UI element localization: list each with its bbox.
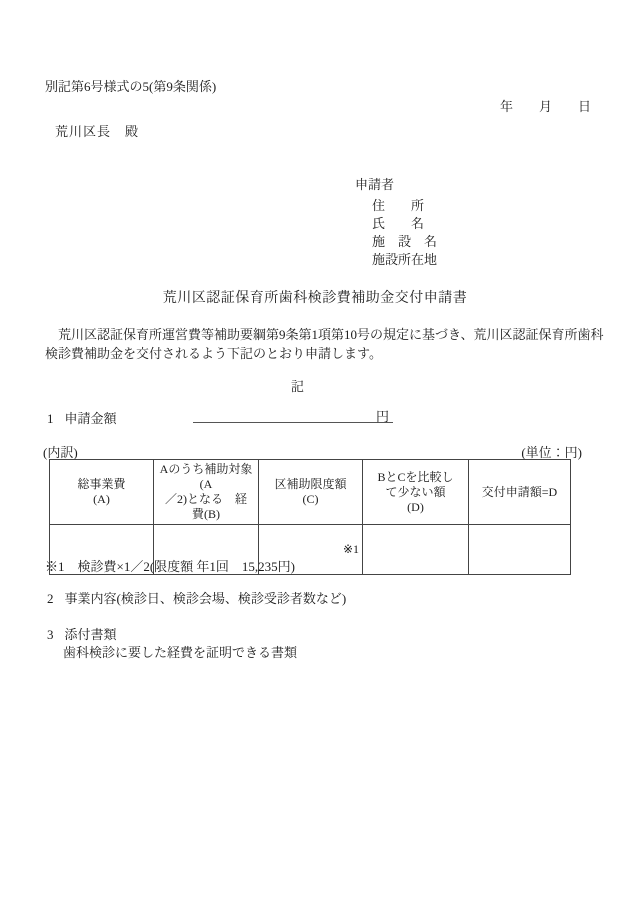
applicant-label: 申請者 <box>355 176 394 194</box>
item-business-content: 2 事業内容(検診日、検診会場、検診受診者数など) <box>47 590 346 608</box>
note-reference: ※1 <box>260 542 361 557</box>
item-application-amount: 1 申請金額 <box>47 410 117 428</box>
applicant-name-label: 氏 名 <box>372 215 424 233</box>
applicant-facility-address-label: 施設所在地 <box>372 251 437 269</box>
applicant-facility-name-label: 施 設 名 <box>372 233 437 251</box>
table-header-row: 総事業費 (A) Aのうち補助対象(A ／2)となる 経 費(B) 区補助限度額… <box>50 460 571 525</box>
form-id: 別記第6号様式の5(第9条関係) <box>45 78 216 96</box>
cell-application-amount <box>469 525 571 575</box>
document-title: 荒川区認証保育所歯科検診費補助金交付申請書 <box>0 290 630 309</box>
body-paragraph: 荒川区認証保育所運営費等補助要綱第9条第1項第10号の規定に基づき、荒川区認証保… <box>45 326 605 363</box>
item1-number: 1 <box>47 410 54 428</box>
application-form-page: 別記第6号様式の5(第9条関係) 年 月 日 荒川区長 殿 申請者 住 所 氏 … <box>0 0 630 903</box>
item3-number: 3 <box>47 626 54 644</box>
item2-label: 事業内容(検診日、検診会場、検診受診者数など) <box>65 590 347 608</box>
applicant-address-label: 住 所 <box>372 197 424 215</box>
footnote: ※1 検診費×1／2(限度額 年1回 15,235円) <box>45 558 295 576</box>
item3-label: 添付書類 <box>65 626 117 644</box>
header-eligible-expense: Aのうち補助対象(A ／2)となる 経 費(B) <box>154 460 259 525</box>
date-line: 年 月 日 <box>500 98 591 116</box>
item3-detail: 歯科検診に要した経費を証明できる書類 <box>63 644 297 662</box>
item1-label: 申請金額 <box>65 410 117 428</box>
addressee: 荒川区長 殿 <box>55 123 139 141</box>
item-attached-documents: 3 添付書類 <box>47 626 117 644</box>
header-city-subsidy-limit: 区補助限度額 (C) <box>259 460 363 525</box>
amount-fill-in-line: 円 <box>193 408 393 423</box>
header-lesser-of-b-c: BとCを比較し て少ない額 (D) <box>363 460 469 525</box>
item2-number: 2 <box>47 590 54 608</box>
header-total-cost: 総事業費 (A) <box>50 460 154 525</box>
record-label: 記 <box>45 378 550 396</box>
cell-lesser-of-b-c <box>363 525 469 575</box>
header-application-amount: 交付申請額=D <box>469 460 571 525</box>
amount-unit-label: 円 <box>376 409 389 424</box>
